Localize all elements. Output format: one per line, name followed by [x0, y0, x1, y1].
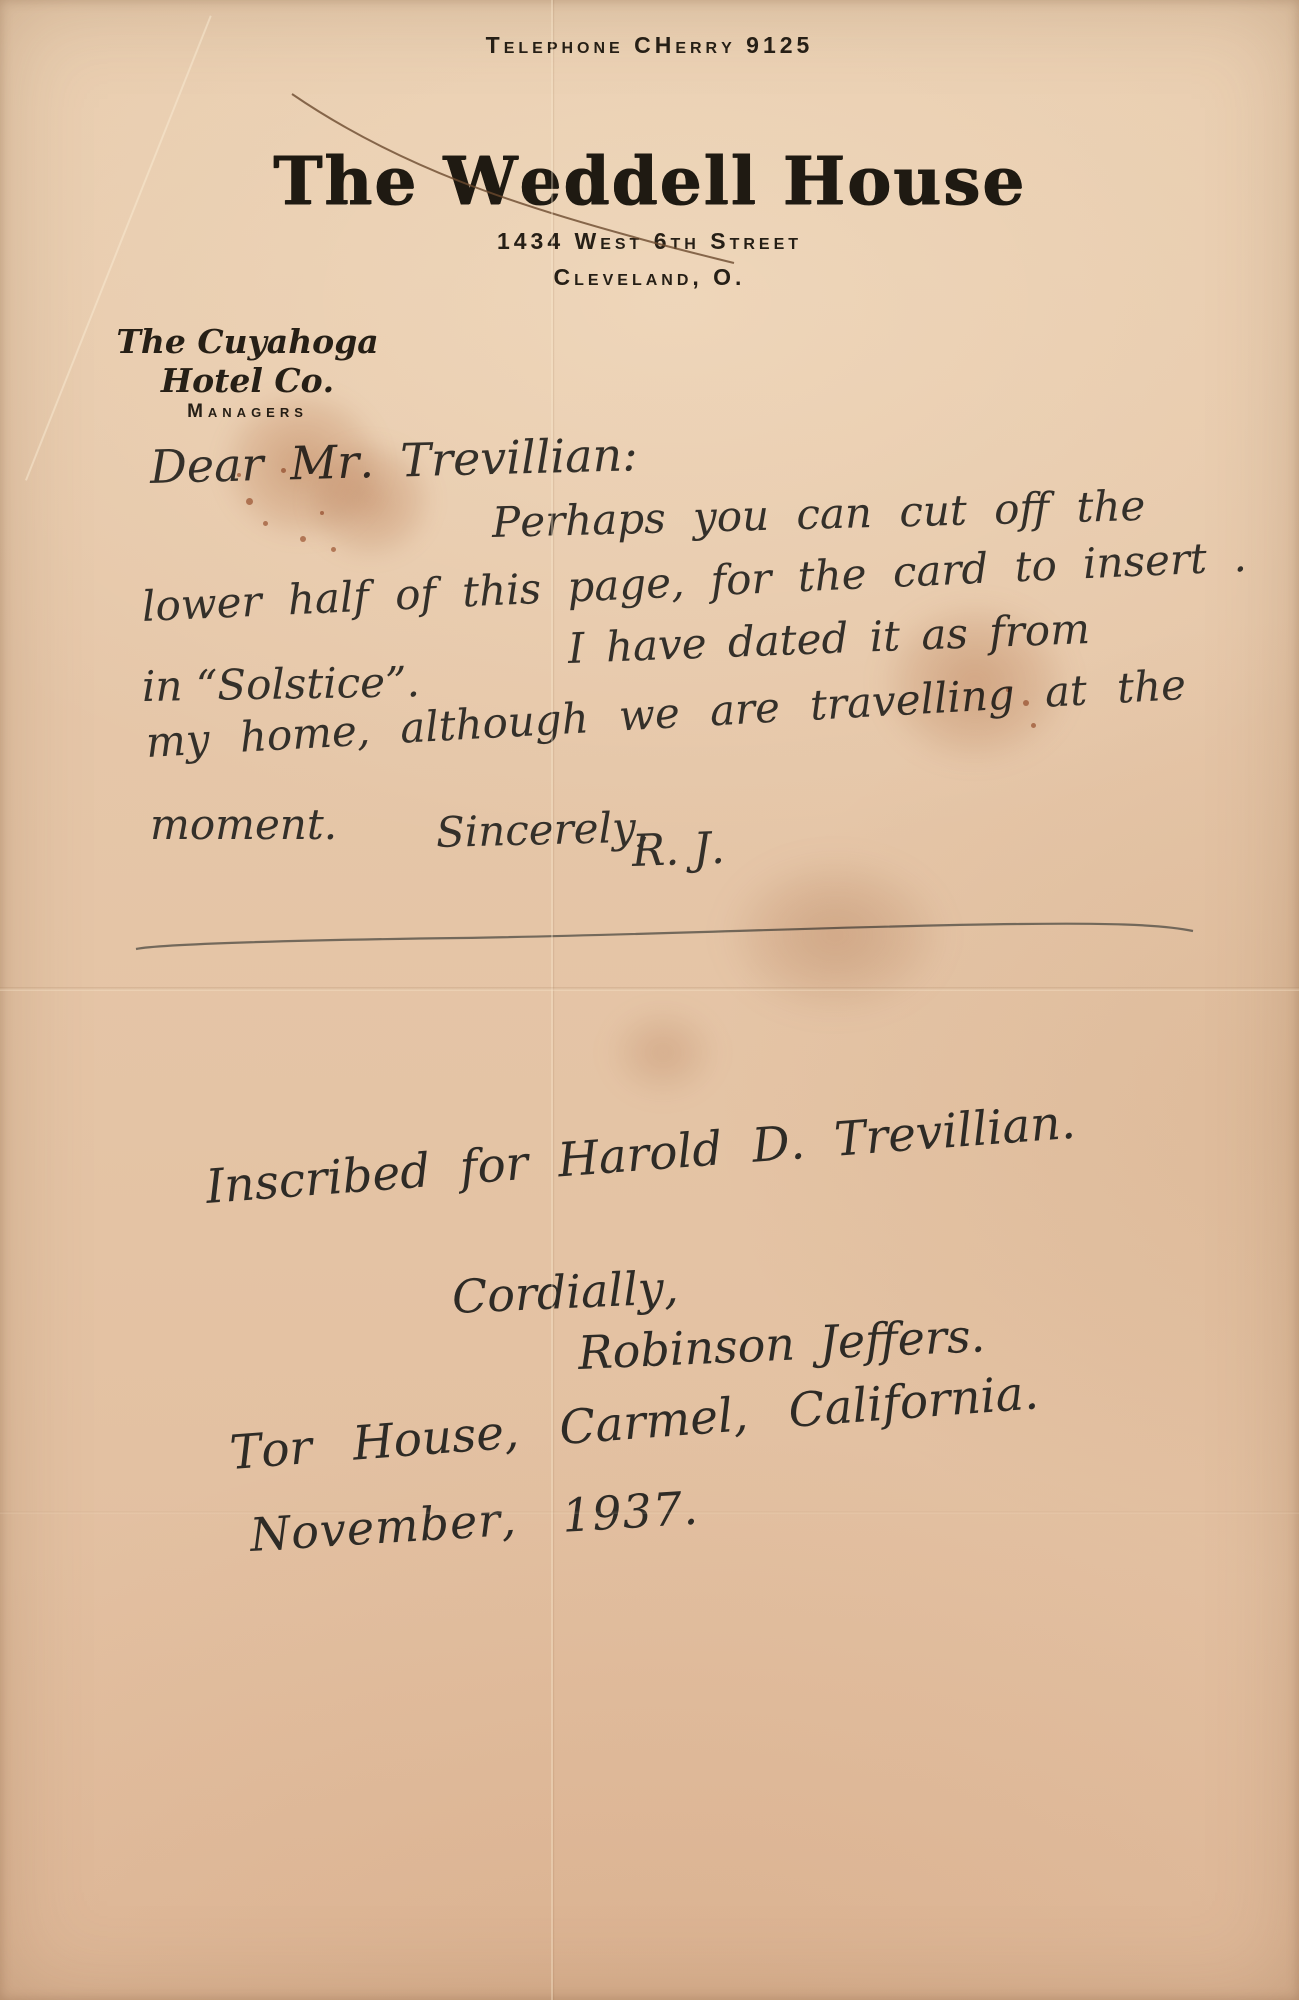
company-role: Managers [70, 401, 425, 423]
hotel-name: The Weddell House [0, 142, 1299, 220]
note-salutation: Dear Mr. Trevillian: [149, 427, 638, 494]
inscription-line-4: Tor House, Carmel, California. [228, 1365, 1040, 1481]
note-line-3a: in “Solstice”. [142, 657, 421, 711]
inscription-line-3: Robinson Jeffers. [577, 1308, 986, 1380]
inscription-line-2: Cordially, [451, 1260, 680, 1324]
note-line-1: Perhaps you can cut off the [491, 481, 1145, 547]
street-address: 1434 West 6th Street [0, 228, 1299, 255]
company-block: The Cuyahoga Hotel Co. Managers [70, 322, 425, 423]
note-initials: R. J. [631, 823, 725, 877]
ink-speckle [246, 498, 253, 505]
ink-speckle [320, 511, 324, 515]
ink-speckle [1023, 700, 1029, 706]
ink-speckle [237, 473, 241, 477]
letter-scan: Telephone CHerry 9125 The Weddell House … [0, 0, 1299, 2000]
stain-blot-4 [695, 835, 975, 1035]
company-name: The Cuyahoga Hotel Co. [70, 322, 425, 400]
fold-crease-vertical [551, 0, 553, 2000]
city-line: Cleveland, O. [0, 264, 1299, 291]
ink-speckle [1031, 723, 1036, 728]
stain-blot-5 [588, 990, 738, 1115]
telephone-line: Telephone CHerry 9125 [0, 32, 1299, 59]
fold-crease-horizontal [0, 987, 1299, 991]
inscription-line-5: November, 1937. [248, 1481, 700, 1562]
pen-marks-layer [0, 0, 1299, 2000]
note-line-3b: I have dated it as from [567, 604, 1091, 673]
ink-speckle [281, 468, 286, 473]
ink-speckle [263, 521, 268, 526]
note-line-5: moment. [150, 800, 337, 849]
inscription-line-1: Inscribed for Harold D. Trevillian. [204, 1095, 1077, 1215]
pen-divider-line [136, 924, 1193, 949]
note-closing: Sincerely, [435, 802, 649, 857]
ink-speckle [1006, 688, 1010, 692]
ink-speckle [331, 547, 336, 552]
ink-speckle [300, 536, 306, 542]
